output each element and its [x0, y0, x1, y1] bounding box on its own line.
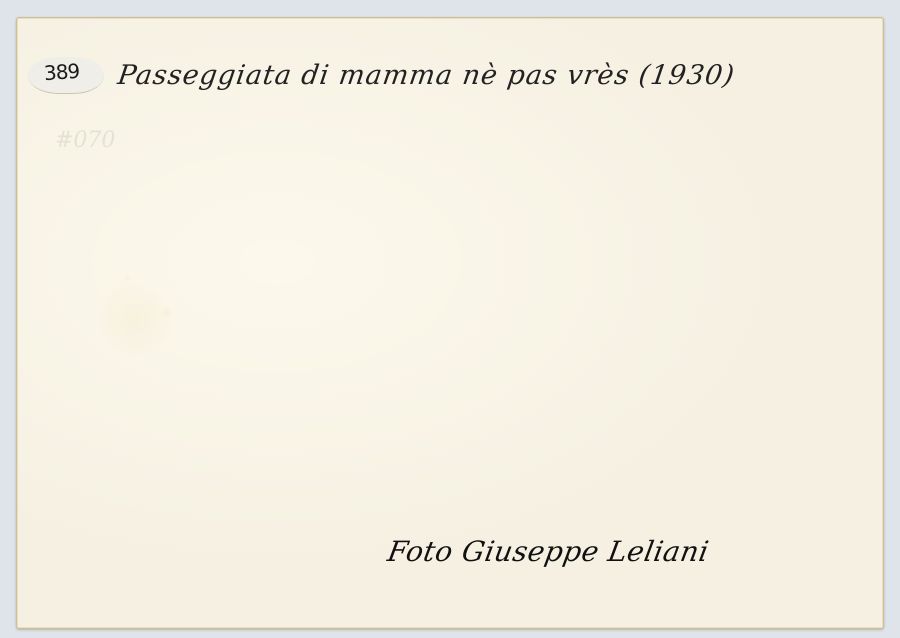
archive-number: 389 [43, 59, 80, 85]
faint-pencil-mark: #070 [55, 128, 115, 153]
photographer-signature: Foto Giuseppe Leliani [385, 535, 711, 568]
handwritten-caption: Passeggiata di mamma nè pas vrès (1930) [116, 60, 860, 91]
